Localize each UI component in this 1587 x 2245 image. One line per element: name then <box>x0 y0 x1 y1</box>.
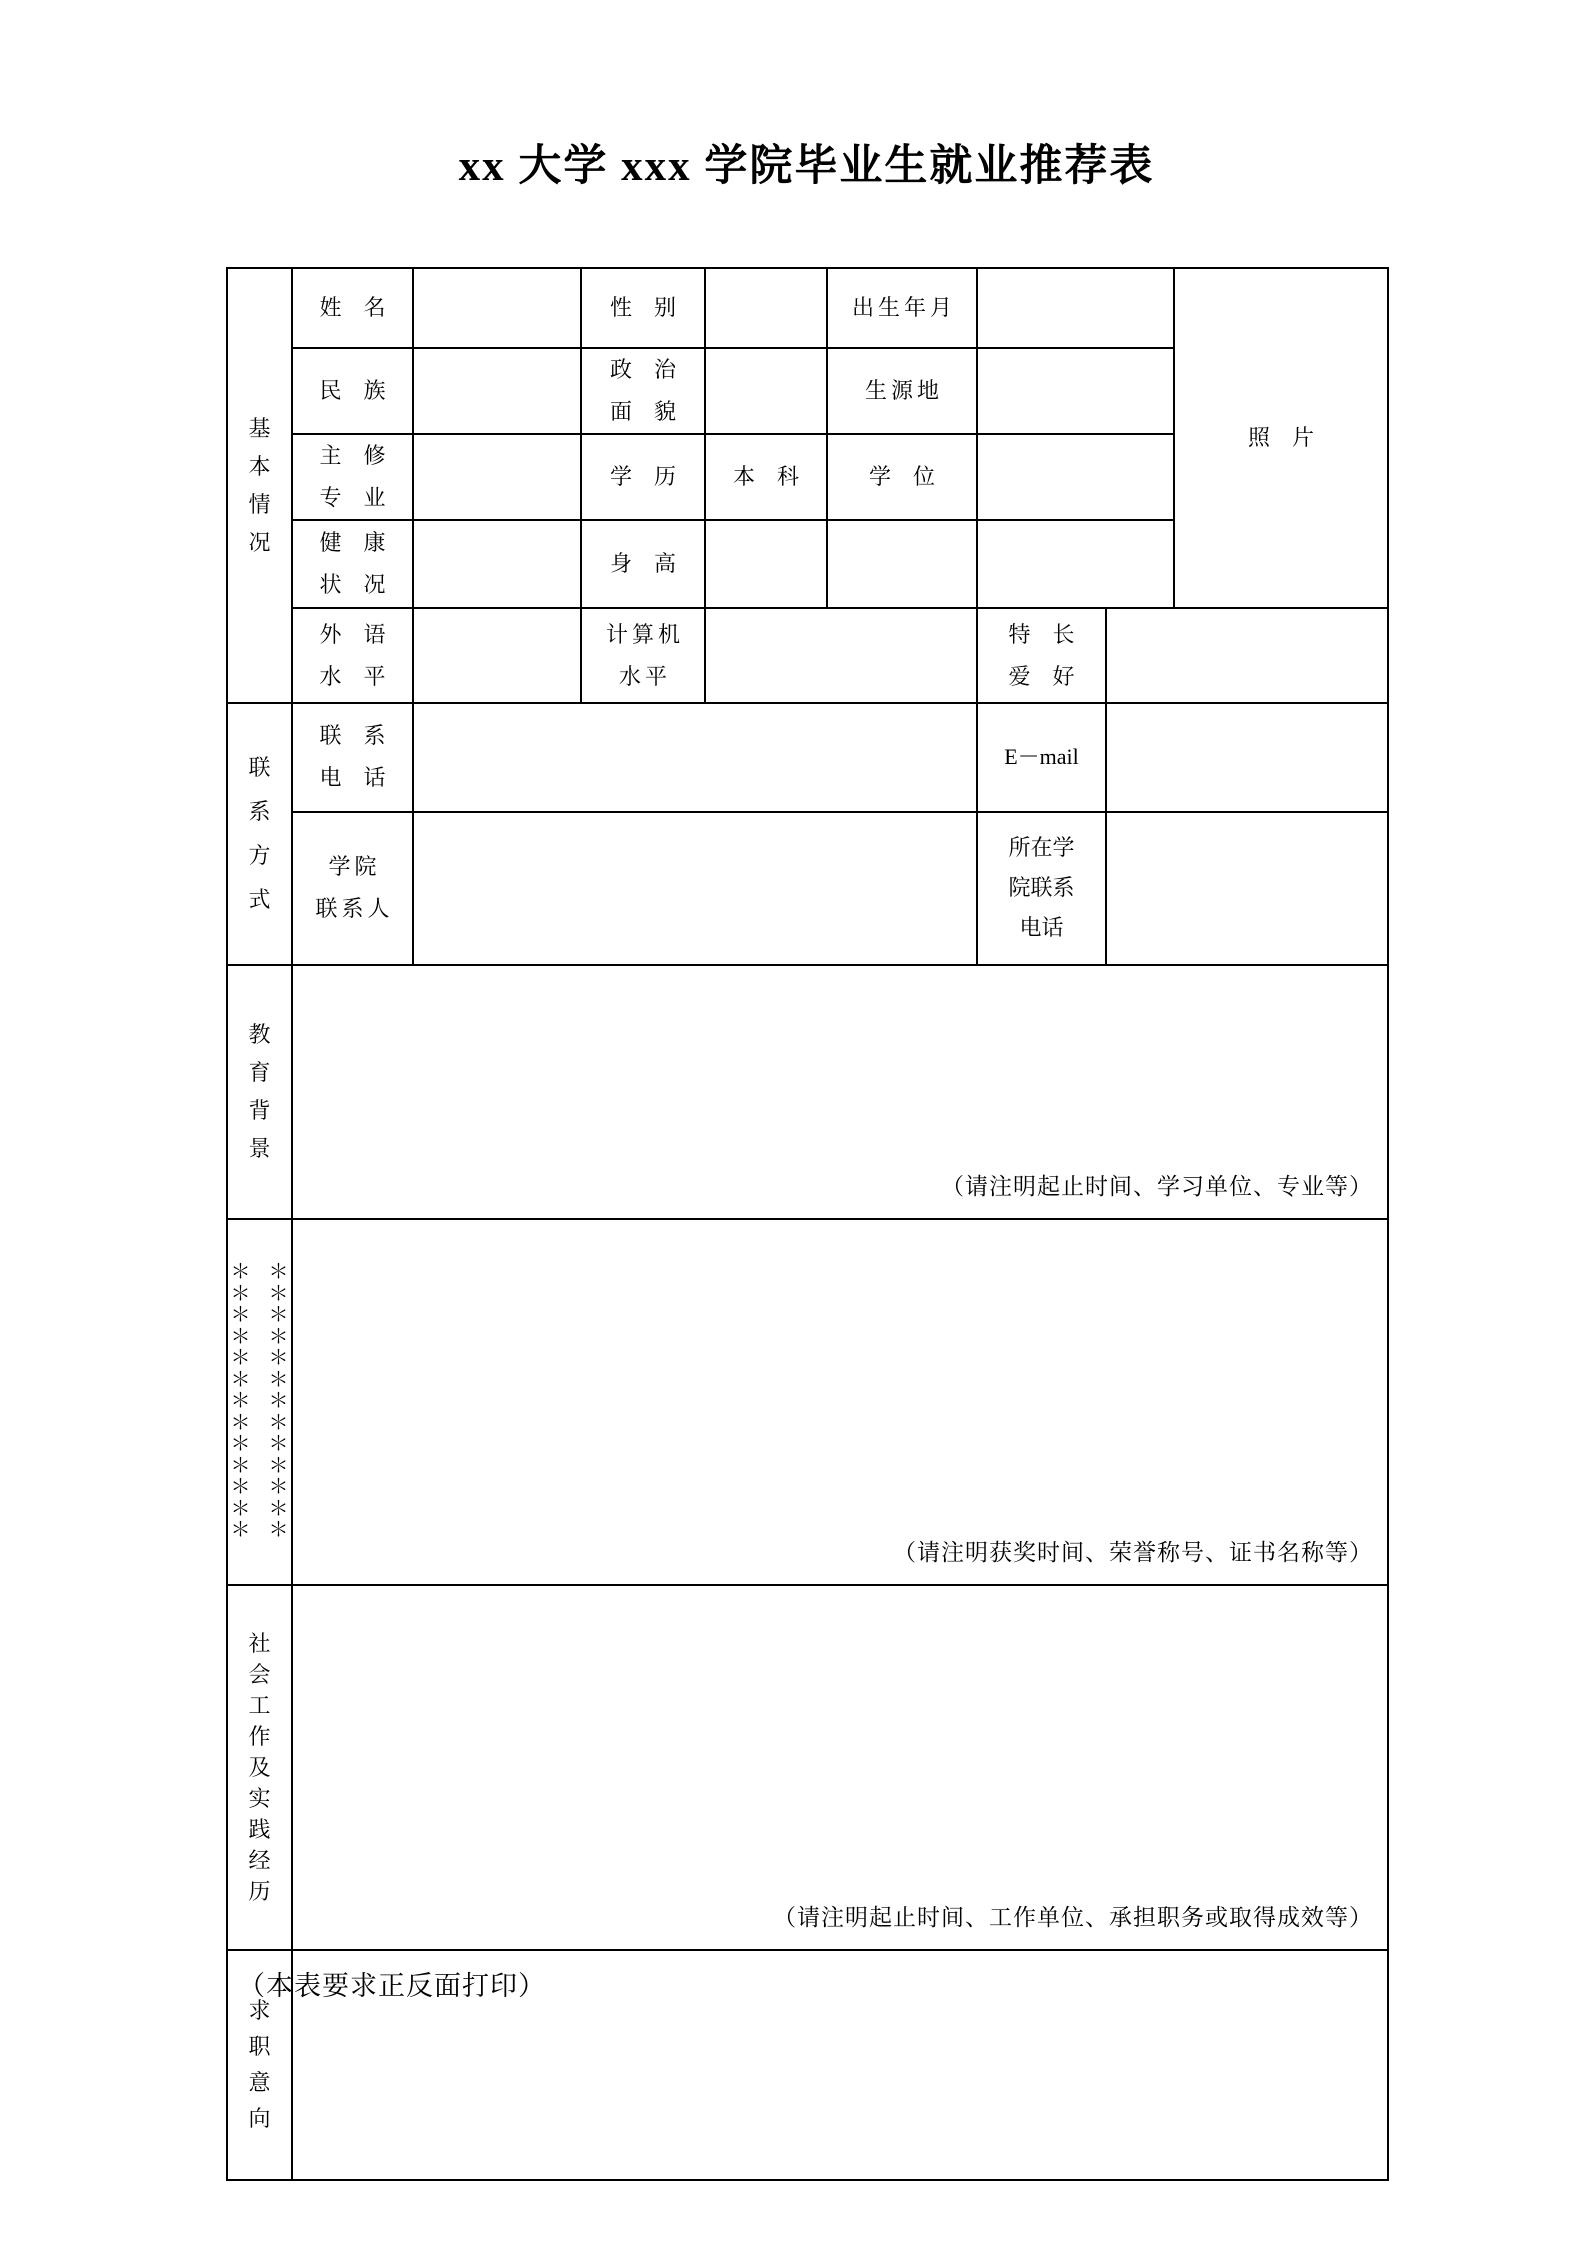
section-basic-info: 基 本 情 况 <box>227 268 292 703</box>
specialty-hobby-input-cell[interactable] <box>1106 608 1388 703</box>
education-background-hint: （请注明起止时间、学习单位、专业等） <box>941 1174 1373 1199</box>
health-label: 健康 状况 <box>292 520 413 608</box>
section-social-work: 社 会 工 作 及 实 践 经 历 <box>227 1585 292 1950</box>
college-contact-input-cell[interactable] <box>413 812 977 965</box>
political-status-label: 政治 面貌 <box>581 348 705 434</box>
phone-label: 联系 电话 <box>292 703 413 812</box>
photo-placeholder: 照片 <box>1174 268 1388 608</box>
height-label: 身高 <box>581 520 705 608</box>
foreign-language-input-cell[interactable] <box>413 608 581 703</box>
email-input-cell[interactable] <box>1106 703 1388 812</box>
foreign-language-label: 外语 水平 <box>292 608 413 703</box>
asterisk-column: ＊ ＊ ＊ ＊ ＊ ＊ ＊ ＊ ＊ ＊ ＊ ＊ ＊ <box>231 1262 251 1542</box>
degree-label: 学位 <box>827 434 977 520</box>
awards-hint: （请注明获奖时间、荣誉称号、证书名称等） <box>893 1540 1373 1565</box>
gender-input-cell[interactable] <box>705 268 827 348</box>
degree-input-cell[interactable] <box>977 434 1174 520</box>
social-work-section-label: 社 会 工 作 及 实 践 经 历 <box>228 1628 291 1907</box>
origin-input-cell[interactable] <box>977 348 1174 434</box>
college-phone-label: 所在学 院联系 电话 <box>977 812 1106 965</box>
education-level-label: 学历 <box>581 434 705 520</box>
ethnicity-label: 民族 <box>292 348 413 434</box>
social-work-hint: （请注明起止时间、工作单位、承担职务或取得成效等） <box>773 1905 1373 1930</box>
origin-label: 生源地 <box>827 348 977 434</box>
college-phone-input-cell[interactable] <box>1106 812 1388 965</box>
height-input-cell[interactable] <box>705 520 827 608</box>
job-intention-section-label: 求 职 意 向 <box>228 1993 291 2137</box>
gender-label: 性别 <box>581 268 705 348</box>
major-input-cell[interactable] <box>413 434 581 520</box>
email-label: E－mail <box>977 703 1106 812</box>
education-background-section-label: 教 育 背 景 <box>228 1016 291 1168</box>
ethnicity-input-cell[interactable] <box>413 348 581 434</box>
health-input-cell[interactable] <box>413 520 581 608</box>
awards-input-area[interactable]: （请注明获奖时间、荣誉称号、证书名称等） <box>292 1219 1388 1585</box>
page-title: xx 大学 xxx 学院毕业生就业推荐表 <box>226 132 1387 193</box>
phone-input-cell[interactable] <box>413 703 977 812</box>
computer-skill-label: 计算机 水平 <box>581 608 705 703</box>
contact-section-label: 联 系 方 式 <box>228 746 291 922</box>
specialty-hobby-label: 特长 爱好 <box>977 608 1106 703</box>
computer-skill-input-cell[interactable] <box>705 608 977 703</box>
empty-cell[interactable] <box>827 520 977 608</box>
footer-note: （本表要求正反面打印） <box>238 1964 546 2003</box>
college-contact-label: 学院 联系人 <box>292 812 413 965</box>
birth-date-input-cell[interactable] <box>977 268 1174 348</box>
social-work-input-area[interactable]: （请注明起止时间、工作单位、承担职务或取得成效等） <box>292 1585 1388 1950</box>
section-education-background: 教 育 背 景 <box>227 965 292 1219</box>
recommendation-form-table: 基 本 情 况 姓名 性别 出生年月 照片 民族 政治 面貌 生源地 主修 专业… <box>226 267 1389 2181</box>
section-awards-masked: ＊ ＊ ＊ ＊ ＊ ＊ ＊ ＊ ＊ ＊ ＊ ＊ ＊ ＊ ＊ ＊ ＊ ＊ ＊ ＊ … <box>227 1219 292 1585</box>
education-level-value: 本科 <box>705 434 827 520</box>
asterisk-column: ＊ ＊ ＊ ＊ ＊ ＊ ＊ ＊ ＊ ＊ ＊ ＊ ＊ <box>269 1262 289 1542</box>
masked-section-label: ＊ ＊ ＊ ＊ ＊ ＊ ＊ ＊ ＊ ＊ ＊ ＊ ＊ ＊ ＊ ＊ ＊ ＊ ＊ ＊ … <box>228 1262 291 1542</box>
basic-info-section-label: 基 本 情 况 <box>228 410 291 562</box>
section-contact: 联 系 方 式 <box>227 703 292 965</box>
major-label: 主修 专业 <box>292 434 413 520</box>
empty-cell[interactable] <box>977 520 1174 608</box>
political-status-input-cell[interactable] <box>705 348 827 434</box>
education-background-input-area[interactable]: （请注明起止时间、学习单位、专业等） <box>292 965 1388 1219</box>
birth-date-label: 出生年月 <box>827 268 977 348</box>
name-input-cell[interactable] <box>413 268 581 348</box>
name-label: 姓名 <box>292 268 413 348</box>
